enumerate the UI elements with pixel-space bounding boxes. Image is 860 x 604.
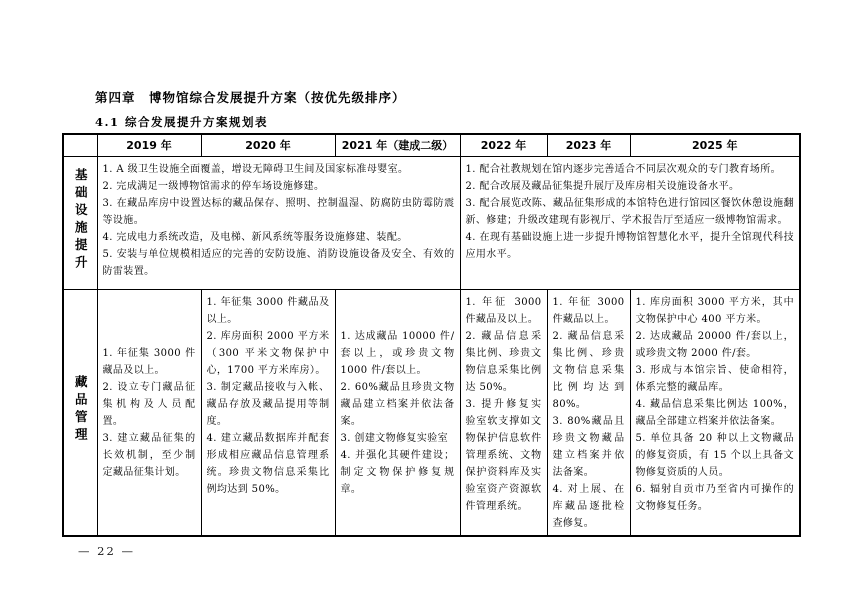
section-title: 4.1 综合发展提升方案规划表 [95,114,268,130]
list-item: 4. 藏品信息采集比例达 100%，藏品全部建立档案并依法备案。 [636,396,795,430]
cell-coll-2025: 1. 库房面积 3000 平方米，其中文物保护中心 400 平方米。2. 达成藏… [630,289,800,536]
list-item: 4. 对上展、在库藏品逐批检查修复。 [553,481,625,532]
row-infrastructure: 基础设施提升 1. A 级卫生设施全面覆盖，增设无障碍卫生间及国家标准母婴室。2… [63,156,800,289]
list-item: 3. 提升修复实验室软支撑如文物保护信息软件管理系统、文物保护资料库及实验室资产… [466,396,542,515]
list-item: 2. 藏品信息采集比例、珍贵文物信息采集比例达 50%。 [466,328,542,396]
row-header-collection: 藏品管理 [63,289,97,536]
cell-coll-2021: 1. 达成藏品 10000 件/套以上，或珍贵文物 1000 件/套以上。2. … [335,289,460,536]
list-item: 1. 年征 3000 件藏品及以上。 [466,294,542,328]
list-item: 4. 在现有基础设施上进一步提升博物馆智慧化水平，提升全馆现代科技应用水平。 [466,229,795,263]
row-collection-management: 藏品管理 1. 年征集 3000 件藏品及以上。2. 设立专门藏品征集机构及人员… [63,289,800,536]
cell-coll-2019: 1. 年征集 3000 件藏品及以上。2. 设立专门藏品征集机构及人员配置。3.… [97,289,201,536]
list-item: 2. 60%藏品且珍贵文物藏品建立档案并依法备案。 [341,379,455,430]
list-item: 5. 安装与单位规模相适应的完善的安防设施、消防设施设备及安全、有效的防雷装置。 [103,246,455,280]
list-item: 3. 80%藏品且珍贵文物藏品建立档案并依法备案。 [553,413,625,481]
cell-infra-2019-2021: 1. A 级卫生设施全面覆盖，增设无障碍卫生间及国家标准母婴室。2. 完成满足一… [97,156,460,289]
list-item: 1. 年征 3000 件藏品以上。 [553,294,625,328]
document-page: 第四章 博物馆综合发展提升方案（按优先级排序） 4.1 综合发展提升方案规划表 … [0,0,860,604]
list-item: 3. 制定藏品接收与入帐、藏品存放及藏品提用等制度。 [207,379,330,430]
cell-coll-2023: 1. 年征 3000 件藏品以上。2. 藏品信息采集比例、珍贵文物信息采集比例均… [547,289,630,536]
list-item: 1. 达成藏品 10000 件/套以上，或珍贵文物 1000 件/套以上。 [341,328,455,379]
list-item: 3. 形成与本馆宗旨、使命相符，体系完整的藏品库。 [636,362,795,396]
list-item: 3. 在藏品库房中设置达标的藏品保存、照明、控制温湿、防腐防虫防霉防震等设施。 [103,195,455,229]
list-item: 2. 设立专门藏品征集机构及人员配置。 [103,379,196,430]
list-item: 1. 年征集 3000 件藏品及以上。 [103,345,196,379]
chapter-title: 第四章 博物馆综合发展提升方案（按优先级排序） [95,88,406,106]
list-item: 3. 建立藏品征集的长效机制，至少制定藏品征集计划。 [103,430,196,481]
planning-table: 2019 年 2020 年 2021 年（建成二级） 2022 年 2023 年… [62,133,801,537]
corner-cell [63,134,97,156]
year-header-2021: 2021 年（建成二级） [335,134,460,156]
list-item: 2. 库房面积 2000 平方米（300 平米文物保护中心，1700 平方米库房… [207,328,330,379]
list-item: 1. 配合社教规划在馆内逐步完善适合不同层次观众的专门教育场所。 [466,161,795,178]
cell-infra-2022-2025: 1. 配合社教规划在馆内逐步完善适合不同层次观众的专门教育场所。2. 配合改展及… [460,156,800,289]
year-header-2023: 2023 年 [547,134,630,156]
list-item: 3. 配合展览改陈、藏品征集形成的本馆特色进行馆园区餐饮休憩设施翻新、修建；升级… [466,195,795,229]
list-item: 1. 年征集 3000 件藏品及以上。 [207,294,330,328]
list-item: 2. 藏品信息采集比例、珍贵文物信息采集比例均达到 80%。 [553,328,625,413]
year-header-2022: 2022 年 [460,134,547,156]
table-header-row: 2019 年 2020 年 2021 年（建成二级） 2022 年 2023 年… [63,134,800,156]
list-item: 1. 库房面积 3000 平方米，其中文物保护中心 400 平方米。 [636,294,795,328]
year-header-2020: 2020 年 [201,134,335,156]
list-item: 4. 完成电力系统改造，及电梯、新风系统等服务设施修建、装配。 [103,229,455,246]
list-item: 4. 并强化其硬件建设；制定文物保护修复规章。 [341,447,455,498]
list-item: 4. 建立藏品数据库并配套形成相应藏品信息管理系统。珍贵文物信息采集比例均达到 … [207,430,330,498]
list-item: 2. 达成藏品 20000 件/套以上，或珍贵文物 2000 件/套。 [636,328,795,362]
list-item: 6. 辐射自贡市乃至省内可操作的文物修复任务。 [636,481,795,515]
year-header-2019: 2019 年 [97,134,201,156]
cell-coll-2022: 1. 年征 3000 件藏品及以上。2. 藏品信息采集比例、珍贵文物信息采集比例… [460,289,547,536]
list-item: 2. 完成满足一级博物馆需求的停车场设施修建。 [103,178,455,195]
page-number: — 22 — [78,544,135,558]
year-header-2025: 2025 年 [630,134,800,156]
list-item: 2. 配合改展及藏品征集提升展厅及库房相关设施设备水平。 [466,178,795,195]
list-item: 3. 创建文物修复实验室 [341,430,455,447]
cell-coll-2020: 1. 年征集 3000 件藏品及以上。2. 库房面积 2000 平方米（300 … [201,289,335,536]
row-header-infrastructure: 基础设施提升 [63,156,97,289]
list-item: 5. 单位具备 20 种以上文物藏品的修复资质，有 15 个以上具备文物修复资质… [636,430,795,481]
list-item: 1. A 级卫生设施全面覆盖，增设无障碍卫生间及国家标准母婴室。 [103,161,455,178]
